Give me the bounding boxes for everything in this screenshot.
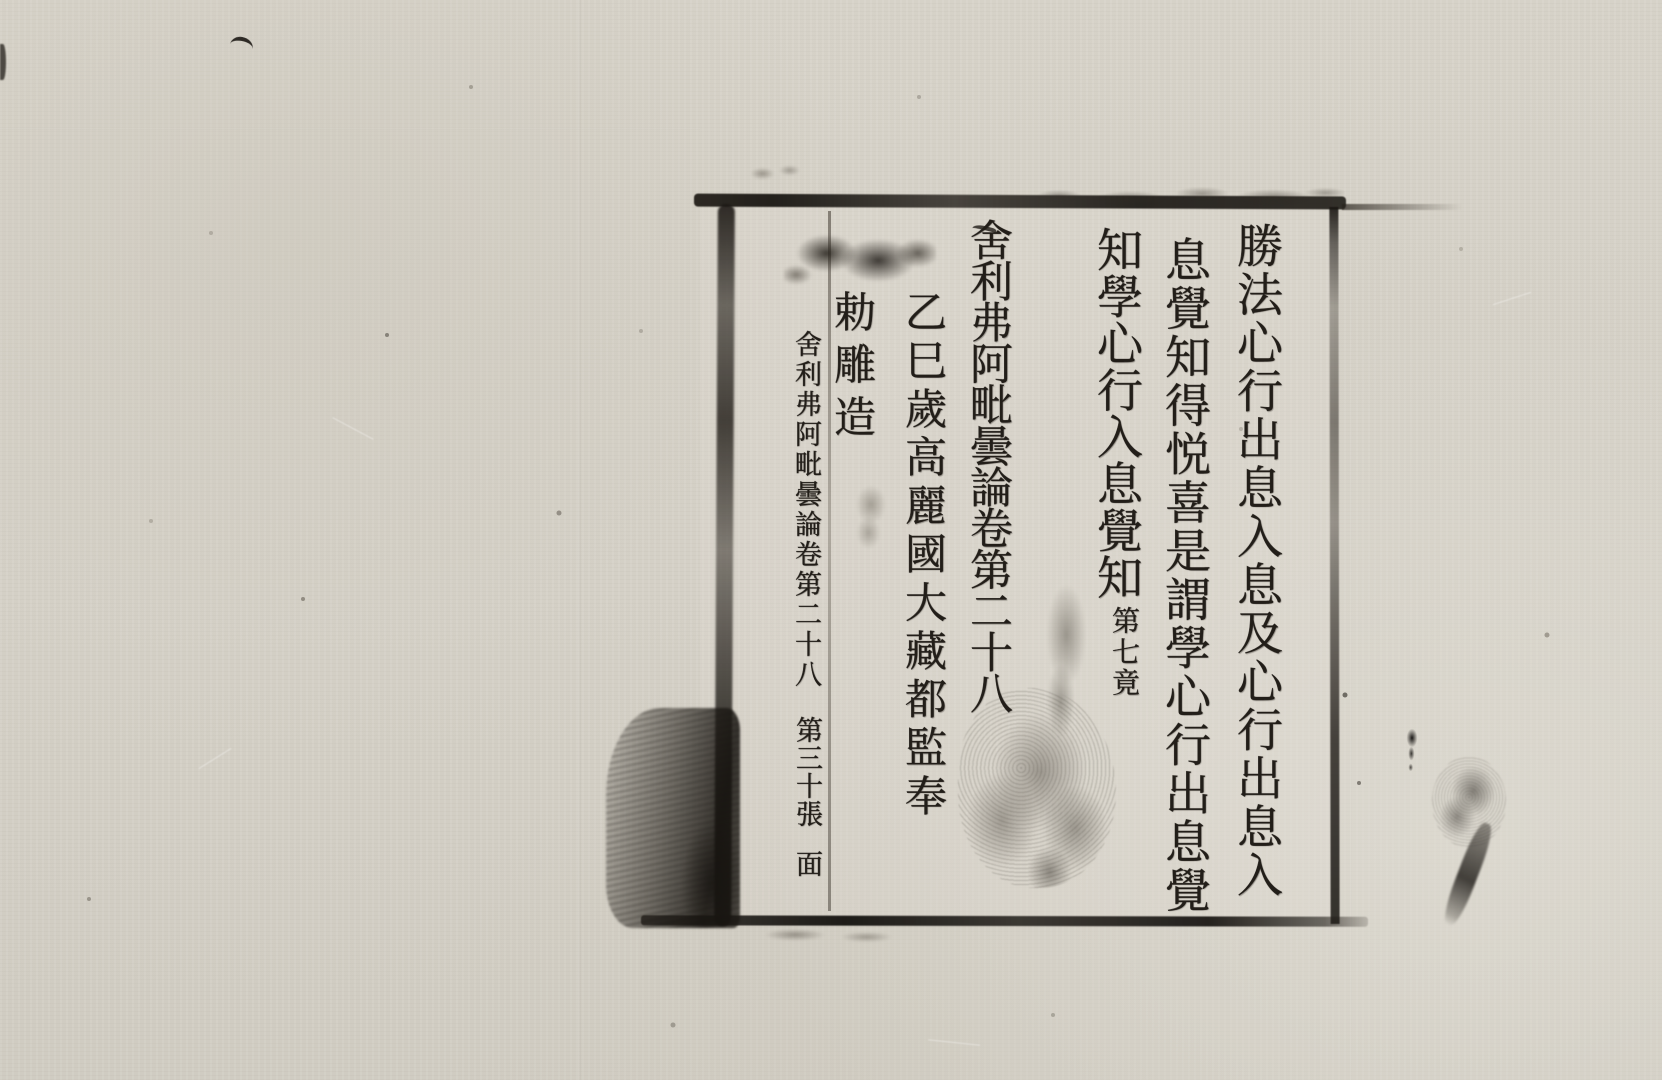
sutra-text-column-3: 知學心行入息覺知: [1094, 226, 1140, 600]
paper-fiber: [199, 748, 232, 769]
ink-smudge-small: [846, 478, 896, 554]
paper-specks: [0, 0, 2, 2]
margin-sheet-number: 第三十張: [793, 716, 820, 828]
paper-fiber: [928, 1039, 980, 1045]
ink-blot-right-margin: [1432, 756, 1506, 848]
paper-fiber: [1493, 292, 1531, 305]
ink-haze-above-top-border: [1020, 170, 1345, 208]
ink-speckle-above-border: [742, 156, 810, 188]
margin-title-label: 舍利弗阿毗曇論卷第二十八: [792, 330, 819, 690]
colophon-date-column: 乙巳歲高麗國大藏都監奉: [902, 290, 944, 822]
paper-crease-vertical-left: [578, 0, 581, 1080]
block-border-top-extension: [1342, 204, 1462, 210]
colophon-edict-column: 勅雕造: [831, 290, 873, 448]
ink-smudge-top: [784, 223, 936, 295]
ink-drop-right-margin: [1404, 726, 1420, 772]
paper-crease-horizontal: [0, 128, 700, 130]
margin-side-label: 面: [793, 850, 820, 877]
sutra-text-column-2: 息覺知得悦喜是謂學心行出息覺: [1162, 236, 1208, 915]
colophon-title-column: 舍利弗阿毗曇論卷第二十八: [966, 218, 1009, 712]
ink-flick-top-left: [229, 35, 255, 57]
section-end-note: 第七竟: [1110, 606, 1138, 699]
sutra-text-column-1: 勝法心行出息入息及心行出息入: [1234, 222, 1280, 900]
block-border-right: [1329, 207, 1339, 924]
ink-mark-left-edge: [0, 44, 6, 80]
ink-smudge-bottom-left: [606, 708, 740, 928]
ink-smudge-below-border: [744, 926, 914, 948]
scanned-sutra-leaf: { "scripture": { "main_text_columns": [ …: [0, 0, 1662, 1080]
paper-fiber: [332, 417, 373, 439]
